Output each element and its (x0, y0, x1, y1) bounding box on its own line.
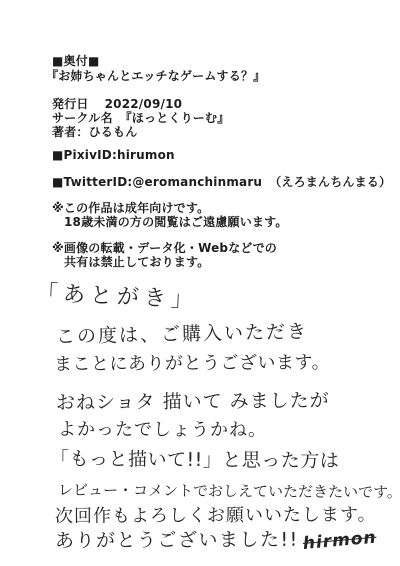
afterword-line: 「もっと描いて!!」と思った方は (50, 449, 339, 472)
afterword-line: よかったでしょうかね。 (58, 420, 267, 441)
afterword-line: レビュー・コメントでおしえていただきたいです。 (58, 482, 400, 501)
pixiv-id-line: ■PixivID:hirumon (52, 149, 175, 163)
afterword-line: ありがとうございました!! (55, 530, 299, 552)
adult-notice-line2: 18歳未満の方の閲覧はご遠慮願います。 (64, 216, 288, 230)
colophon-header: ■奥付■ (52, 55, 99, 69)
work-title: 『お姉ちゃんとエッチなゲームする？』 (46, 70, 265, 84)
publish-date-value: 2022/09/10 (105, 97, 183, 111)
share-notice-line1: ※画像の転載・データ化・Webなどでの (52, 242, 277, 256)
twitter-id-note: （えろまんちんまる） (269, 175, 391, 189)
twitter-id-value: @eromanchinmaru (132, 175, 262, 189)
publish-date-line: 発行日2022/09/10 (52, 98, 182, 112)
pixiv-id-value: hirumon (117, 148, 175, 162)
circle-name: 『ほっとくりーむ』 (120, 111, 230, 125)
twitter-id-label: ■TwitterID: (52, 175, 132, 189)
afterword-heading: 「あとがき」 (35, 282, 198, 313)
author-name: ひるもん (89, 125, 138, 139)
adult-notice-line1: ※この作品は成年向けです。 (52, 202, 209, 216)
afterword-line: この度は、ご購入いただき (56, 322, 308, 348)
afterword-line: 次回作もよろしくお願いいたします。 (55, 505, 377, 526)
publish-date-label: 発行日 (52, 97, 89, 111)
circle-label: サークル名 (52, 111, 113, 125)
afterword-line: おねショタ 描いて みましたが (56, 391, 330, 414)
colophon-page: ■奥付■ 『お姉ちゃんとエッチなゲームする？』 発行日2022/09/10 サー… (0, 0, 400, 566)
author-line: 著者：ひるもん (52, 126, 137, 140)
circle-line: サークル名『ほっとくりーむ』 (52, 112, 229, 126)
author-label: 著者： (52, 125, 89, 139)
author-signature: hirmon (302, 529, 377, 554)
twitter-id-line: ■TwitterID:@eromanchinmaru（えろまんちんまる） (52, 176, 391, 190)
share-notice-line2: 共有は禁止しております。 (64, 256, 209, 270)
afterword-line: まことにありがとうございます。 (54, 353, 330, 375)
pixiv-id-label: ■PixivID: (52, 148, 117, 162)
